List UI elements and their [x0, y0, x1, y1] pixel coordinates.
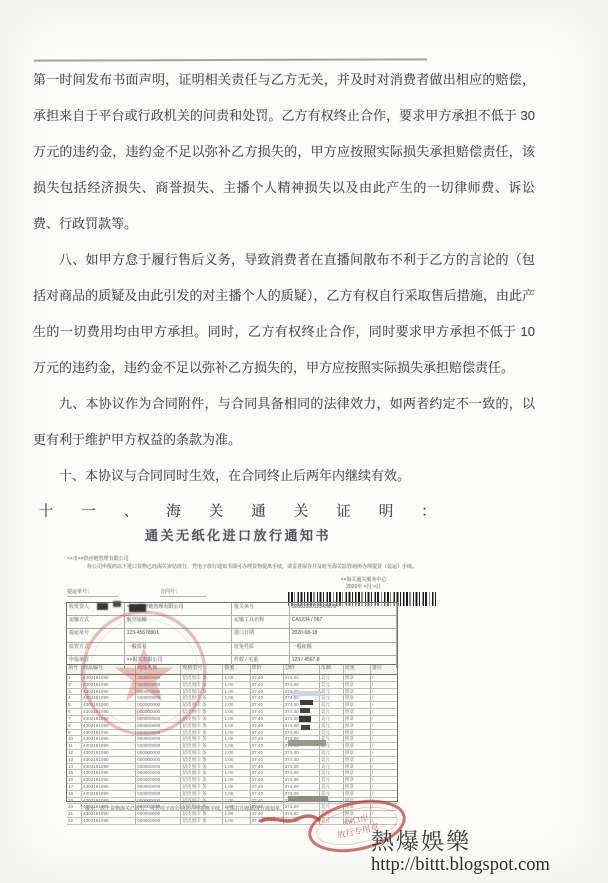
notice-title: 通关无纸化进口放行通知书 [68, 525, 408, 544]
ink-mark [97, 603, 108, 610]
ink-mark [300, 708, 310, 713]
watermark-title: 熱爆娛樂 [371, 829, 550, 854]
ink-mark [292, 691, 322, 696]
ink-mark [300, 700, 313, 705]
notice-header-fields: 提运单号： 合同号： [67, 589, 277, 597]
ink-mark [129, 604, 146, 612]
goods-table-row: 144302191090000000000貂皮围巾 条1.0037.40374.… [67, 764, 397, 771]
goods-table-row: 124302191090000000000貂皮围巾 条1.0037.40374.… [67, 750, 397, 757]
round-red-stamp-icon: 验讫 [78, 607, 210, 739]
contract-clause-10: 十、本协议与合同同时生效，在合同终止后两年内继续有效。 [33, 458, 535, 494]
contract-paragraph-continuation: 第一时间发布书面声明，证明相关责任与乙方无关，并及时对消费者做出相应的赔偿，承担… [33, 62, 535, 242]
bl-number-label: 提运单号： [67, 589, 118, 597]
notice-issuer-block: ××海关通关服务中心 2020年 ×月 ×日 [291, 577, 436, 590]
scanned-document-page: 第一时间发布书面声明，证明相关责任与乙方无关，并及时对消费者做出相应的赔偿，承担… [0, 0, 608, 883]
ink-mark [113, 601, 121, 607]
contract-clause-8: 八、如甲方怠于履行售后义务，导致消费者在直播间散布不利于乙方的言论的（包括对商品… [33, 242, 535, 386]
contract-number-label: 合同号： [160, 589, 206, 597]
goods-table-row: 154302191090000000000貂皮围巾 条1.0037.40374.… [67, 770, 397, 777]
red-scribble-mark [259, 809, 321, 829]
ink-mark [299, 716, 311, 722]
round-stamp-text: 验讫 [135, 708, 153, 719]
contract-clause-9: 九、本协议作为合同附件，与合同具备相同的法律效力，如两者约定不一致的，以更有利于… [33, 386, 535, 458]
notice-issue-date: 2020年 ×月 ×日 [291, 584, 436, 591]
site-watermark: 熱爆娛樂 http://bittt.blogspot.com [371, 829, 550, 876]
ink-mark [288, 740, 326, 746]
goods-table-row: 184302191090000000000貂皮围巾 条1.0037.40374.… [67, 791, 397, 798]
goods-table-row: 164302191090000000000貂皮围巾 条1.0037.40374.… [67, 777, 397, 784]
ink-mark [288, 796, 328, 802]
goods-table-row: 134302191090000000000貂皮围巾 条1.0037.40374.… [67, 757, 397, 764]
notice-intro-text: 你公司申报的以下进口货物已经海关审结放行，凭电子放行通知书即可办理货物提离手续，… [77, 564, 445, 571]
goods-table-row: 114302191090000000000貂皮围巾 条1.0037.40374.… [67, 743, 397, 750]
contract-text-block: 第一时间发布书面声明，证明相关责任与乙方无关，并及时对消费者做出相应的赔偿，承担… [33, 62, 535, 530]
customs-clearance-notice: 通关无纸化进口放行通知书 ××市××供应链管理有限公司 你公司申报的以下进口货物… [63, 515, 443, 860]
notice-addressee: ××市××供应链管理有限公司 [67, 556, 267, 563]
goods-table-row: 174302191090000000000貂皮围巾 条1.0037.40374.… [67, 784, 397, 791]
watermark-url: http://bittt.blogspot.com [371, 854, 550, 876]
stamp-star-icon [115, 647, 173, 701]
ink-mark [301, 725, 310, 730]
